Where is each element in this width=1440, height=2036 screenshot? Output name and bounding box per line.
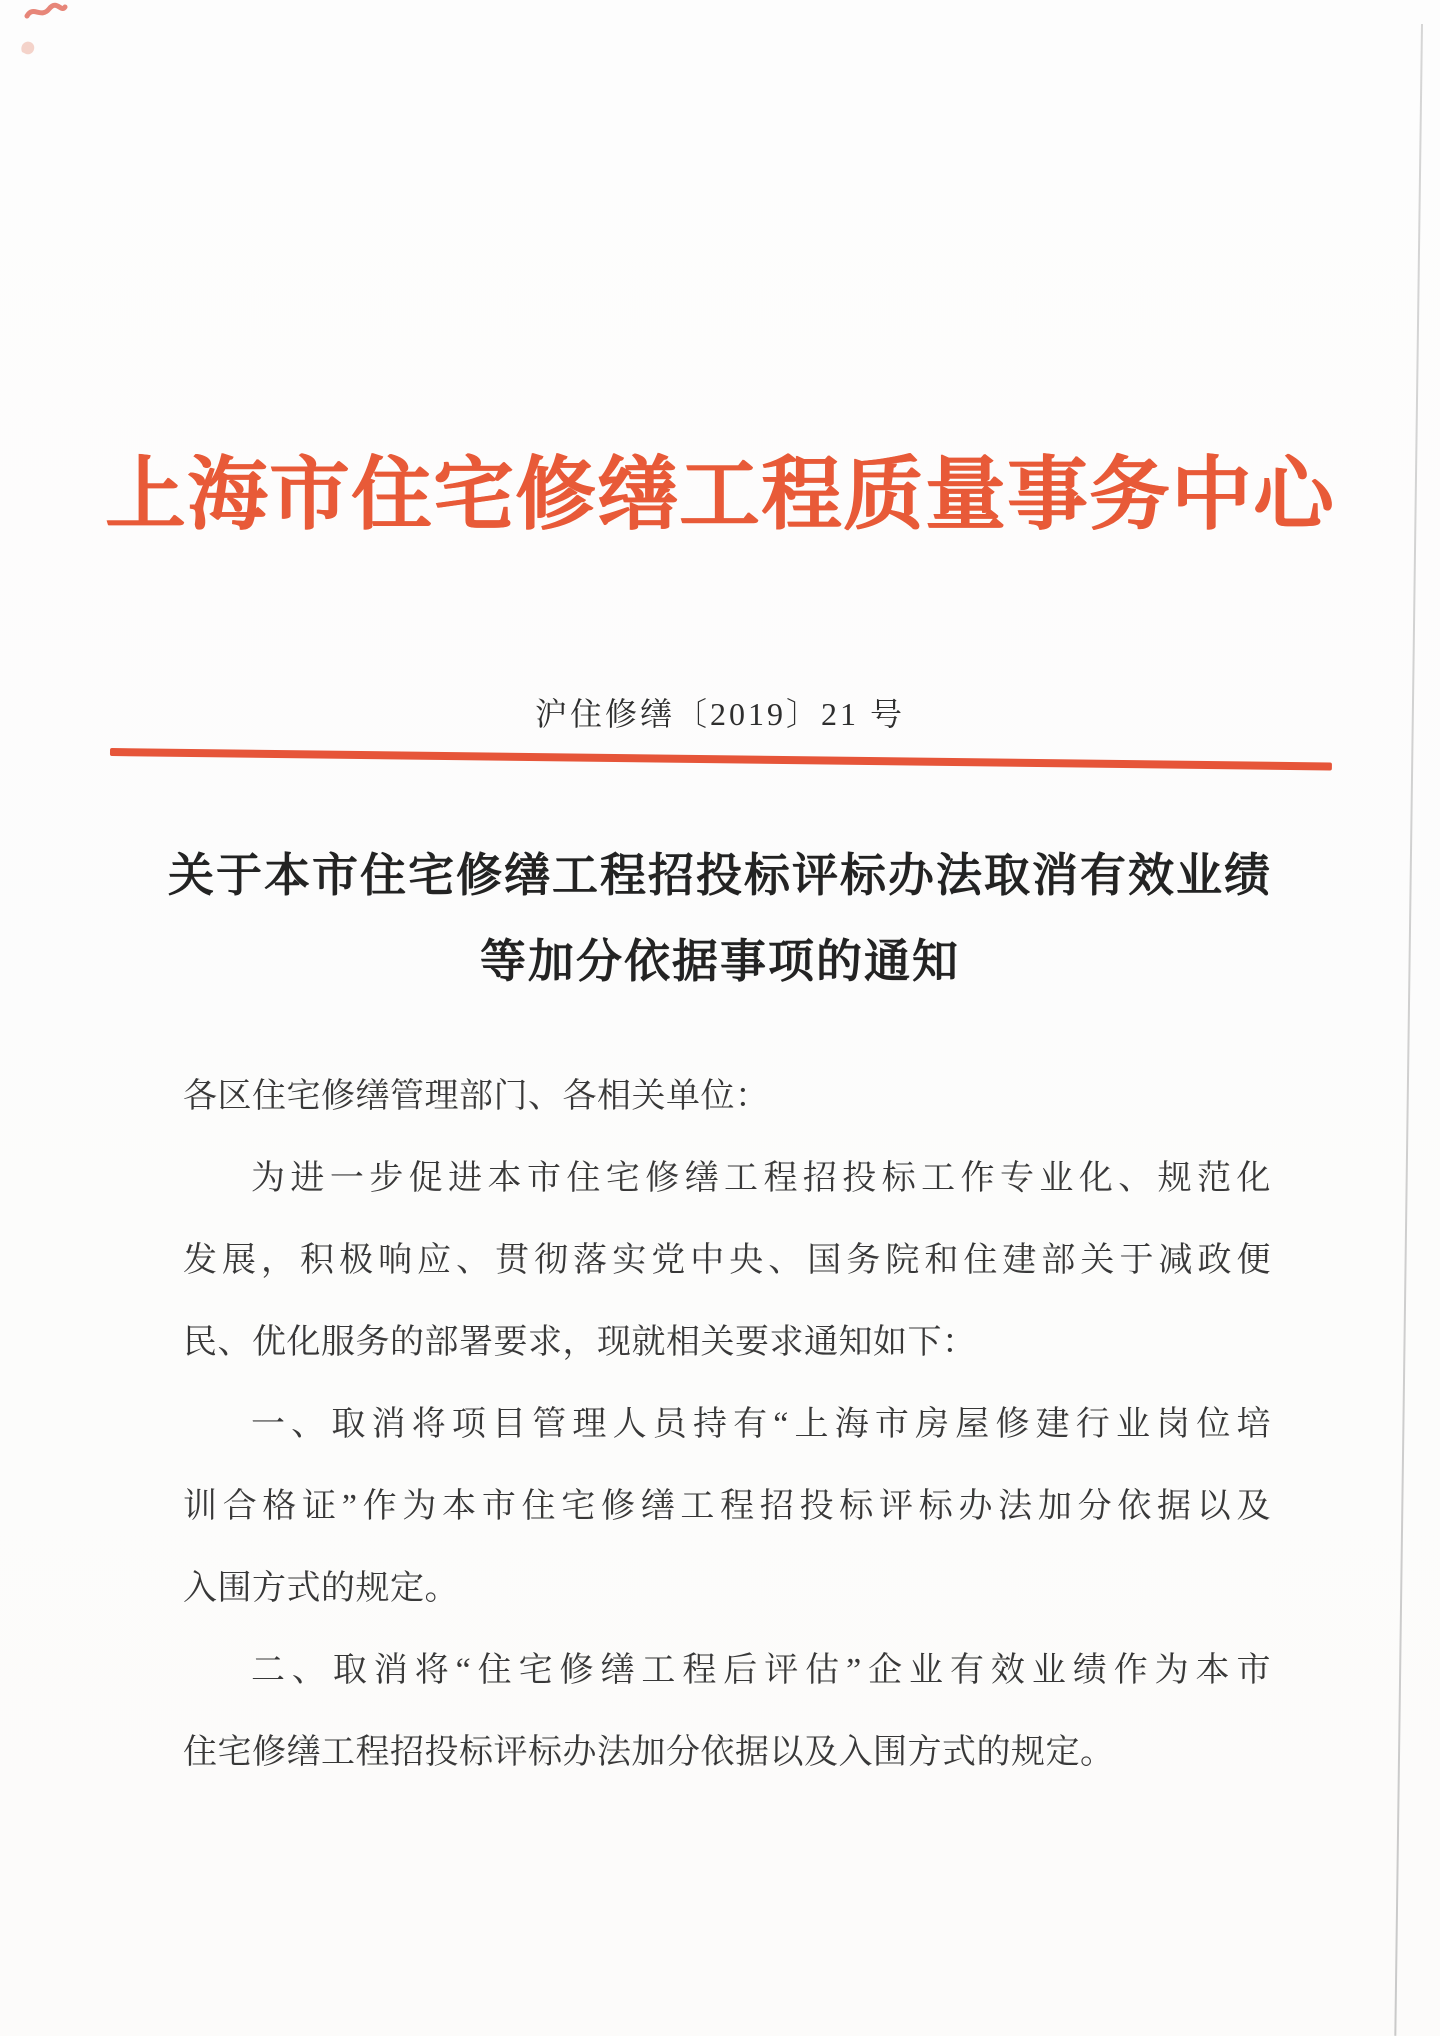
body-line: 为进一步促进本市住宅修缮工程招投标工作专业化、规范化 bbox=[183, 1138, 1271, 1220]
scan-edge-line bbox=[1394, 24, 1423, 2036]
notice-title-line1: 关于本市住宅修缮工程招投标评标办法取消有效业绩 bbox=[90, 832, 1350, 918]
body-line: 住宅修缮工程招投标评标办法加分依据以及入围方式的规定。 bbox=[183, 1712, 1271, 1794]
scanned-notice-page: 上海市住宅修缮工程质量事务中心 沪住修缮〔2019〕21 号 关于本市住宅修缮工… bbox=[0, 0, 1440, 2036]
notice-body: 各区住宅修缮管理部门、各相关单位： 为进一步促进本市住宅修缮工程招投标工作专业化… bbox=[183, 1056, 1271, 1794]
body-line: 各区住宅修缮管理部门、各相关单位： bbox=[183, 1056, 1271, 1138]
red-pen-mark-icon bbox=[16, 36, 42, 60]
red-pen-mark-icon bbox=[24, 2, 68, 24]
body-line: 发展，积极响应、贯彻落实党中央、国务院和住建部关于减政便 bbox=[183, 1220, 1271, 1302]
body-line: 一、取消将项目管理人员持有“上海市房屋修建行业岗位培 bbox=[183, 1384, 1271, 1466]
document-number: 沪住修缮〔2019〕21 号 bbox=[0, 692, 1440, 736]
notice-title-line2: 等加分依据事项的通知 bbox=[90, 918, 1350, 1004]
red-divider-rule bbox=[110, 748, 1332, 771]
notice-title: 关于本市住宅修缮工程招投标评标办法取消有效业绩 等加分依据事项的通知 bbox=[90, 832, 1350, 1004]
body-line: 入围方式的规定。 bbox=[183, 1548, 1271, 1630]
body-line: 二、取消将“住宅修缮工程后评估”企业有效业绩作为本市 bbox=[183, 1630, 1271, 1712]
body-line: 民、优化服务的部署要求，现就相关要求通知如下： bbox=[183, 1302, 1271, 1384]
letterhead-title: 上海市住宅修缮工程质量事务中心 bbox=[70, 430, 1370, 545]
body-line: 训合格证”作为本市住宅修缮工程招投标评标办法加分依据以及 bbox=[183, 1466, 1271, 1548]
